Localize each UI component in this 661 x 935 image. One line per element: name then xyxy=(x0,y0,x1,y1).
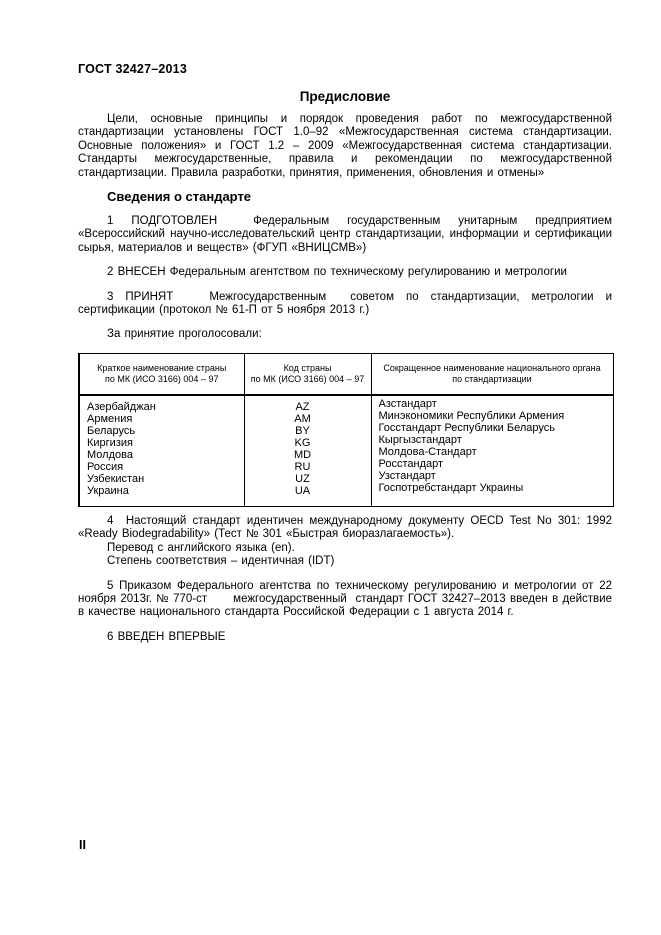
country-cell: Молдова xyxy=(79,449,244,461)
table-row: Беларусь BY Госстандарт Республики Белар… xyxy=(79,425,613,437)
table-row: Узбекистан UZ Узстандарт xyxy=(79,473,613,485)
clause-2-submitted: 2 ВНЕСЕН Федеральным агентством по техни… xyxy=(78,266,612,279)
header-country-line1: Краткое наименование страны xyxy=(82,363,242,374)
header-code-line2: по МК (ИСО 3166) 004 – 97 xyxy=(247,374,369,385)
table-row: Россия RU Росстандарт xyxy=(79,461,613,473)
vote-table: Краткое наименование страны по МК (ИСО 3… xyxy=(78,353,614,507)
doc-code: ГОСТ 32427–2013 xyxy=(78,62,612,76)
foreword-intro-paragraph: Цели, основные принципы и порядок провед… xyxy=(78,113,612,180)
header-code: Код страны по МК (ИСО 3166) 004 – 97 xyxy=(244,353,371,395)
code-cell: MD xyxy=(244,449,371,461)
header-org-line2: по стандартизации xyxy=(374,374,611,385)
org-cell: Госпотребстандарт Украины xyxy=(371,485,613,507)
country-cell: Украина xyxy=(79,485,244,507)
code-cell: AZ xyxy=(244,395,371,413)
section-heading: Сведения о стандарте xyxy=(107,189,612,204)
clause-3-adopted: 3 ПРИНЯТ Межгосударственным советом по с… xyxy=(78,291,612,318)
header-country: Краткое наименование страны по МК (ИСО 3… xyxy=(79,353,244,395)
clause-1-prepared: 1 ПОДГОТОВЛЕН Федеральным государственны… xyxy=(78,215,612,255)
document-page: ГОСТ 32427–2013 Предисловие Цели, основн… xyxy=(0,0,661,935)
page-title: Предисловие xyxy=(78,89,612,104)
vote-intro: За принятие проголосовали: xyxy=(78,328,612,341)
country-cell: Киргизия xyxy=(79,437,244,449)
header-country-line2: по МК (ИСО 3166) 004 – 97 xyxy=(82,374,242,385)
country-cell: Азербайджан xyxy=(79,395,244,413)
country-cell: Армения xyxy=(79,413,244,425)
header-org-line1: Сокращенное наименование национального о… xyxy=(374,363,611,374)
code-cell: KG xyxy=(244,437,371,449)
clause-4-translation: Перевод с английского языка (en). xyxy=(78,542,612,555)
clause-4-conformity: Степень соответствия – идентичная (IDT) xyxy=(78,555,612,568)
country-cell: Беларусь xyxy=(79,425,244,437)
table-header-row: Краткое наименование страны по МК (ИСО 3… xyxy=(79,353,613,395)
country-cell: Россия xyxy=(79,461,244,473)
table-row: Украина UA Госпотребстандарт Украины xyxy=(79,485,613,507)
header-code-line1: Код страны xyxy=(247,363,369,374)
table-row: Киргизия KG Кыргызстандарт xyxy=(79,437,613,449)
code-cell: RU xyxy=(244,461,371,473)
clause-5-order: 5 Приказом Федерального агентства по тех… xyxy=(78,580,612,620)
code-cell: UZ xyxy=(244,473,371,485)
clause-4-identical: 4 Настоящий стандарт идентичен междунаро… xyxy=(78,515,612,542)
country-cell: Узбекистан xyxy=(79,473,244,485)
table-row: Молдова MD Молдова-Стандарт xyxy=(79,449,613,461)
header-org: Сокращенное наименование национального о… xyxy=(371,353,613,395)
page-number: II xyxy=(79,838,86,852)
code-cell: AM xyxy=(244,413,371,425)
code-cell: BY xyxy=(244,425,371,437)
code-cell: UA xyxy=(244,485,371,507)
clause-6-first-introduced: 6 ВВЕДЕН ВПЕРВЫЕ xyxy=(78,631,612,644)
